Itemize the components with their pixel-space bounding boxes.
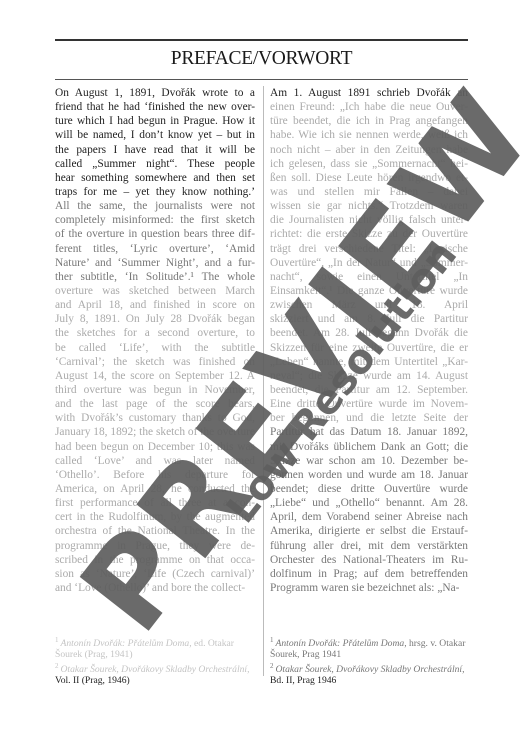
text-line: trägt drei verschiedene Titel: „Lyrische (270, 242, 468, 256)
footnote-number: 2 (55, 662, 59, 670)
text-line: nacht“, sowie einen Untertitel „In (270, 270, 468, 284)
text-line: richtet: die erste Skizze zu der Ouvertü… (270, 227, 468, 241)
text-line: beendet. Am 28. Juli begann Dvořák die (270, 326, 468, 340)
text-line: ‘Carnival’; the sketch was finished on (55, 355, 255, 369)
text-line: neval“; die Skizze wurde am 14. August (270, 369, 468, 383)
footnote-line: Vol. II (Prag, 1946) (55, 675, 255, 686)
text-line: ich gelesen, dass sie „Sommernacht“ hei- (270, 157, 468, 171)
text-line: Skizze war schon am 10. Dezember be- (270, 454, 468, 468)
text-line: beendet; diese dritte Ouvertüre wurde (270, 482, 468, 496)
text-line: friend that he had ‘finished the new ove… (55, 100, 255, 114)
text-line: will be named, I don’t know yet – but in (55, 128, 255, 142)
footnote-text: Bd. II, Prag 1946 (270, 675, 336, 686)
german-column: Am 1. August 1891 schrieb Dvořák aneinen… (270, 86, 468, 595)
text-line: Nature’ and ‘Summer Night’, and a fur- (55, 256, 255, 270)
footnote-line: 1Antonín Dvořák: Přátelům Doma, ed. Otak… (55, 635, 255, 649)
text-line: Eine dritte Ouvertüre wurde im Novem- (270, 397, 468, 411)
text-line: ßen soll. Diese Leute hören irgendwo et- (270, 171, 468, 185)
text-line: All the same, the journalists were not (55, 199, 255, 213)
text-line: called „Summer night“. These people (55, 157, 255, 171)
text-line: führung aller drei, mit dem verstärkten (270, 539, 468, 553)
text-line: Programm waren sie bezeichnet als: „Na- (270, 581, 468, 595)
footnote-title: Otakar Šourek, Dvořákovy Skladby Orchest… (276, 664, 465, 675)
text-line: einen Freund: „Ich habe die neue Ouver- (270, 100, 468, 114)
footnote-title: Antonín Dvořák: Přátelům Doma, (276, 638, 407, 649)
german-footnotes: 1Antonín Dvořák: Přátelům Doma, hrsg. v.… (270, 635, 468, 686)
footnote-line: 1Antonín Dvořák: Přátelům Doma, hrsg. v.… (270, 635, 468, 649)
footnote-title: Antonín Dvořák: Přátelům Doma, (61, 638, 192, 649)
text-line: skizziert und am 8. Juli die Partitur (270, 312, 468, 326)
text-line: beendet, die Partitur am 12. September. (270, 383, 468, 397)
text-line: first performance of all three at a con- (55, 496, 255, 510)
text-line: habe. Wie ich sie nennen werde, weiß ich (270, 128, 468, 142)
text-line: „Leben“ nannte, mit dem Untertitel „Kar- (270, 355, 468, 369)
text-line: traps for me – yet they know nothing.’ (55, 185, 255, 199)
text-line: „Liebe“ und „Othello“ benannt. Am 28. (270, 496, 468, 510)
text-line: ferent titles, ‘Lyric overture’, ‘Amid (55, 242, 255, 256)
footnote-line: Šourek, Prag 1941 (270, 649, 468, 660)
text-line: sion as ‘Nature’, ‘Life (Czech carnival)… (55, 567, 255, 581)
text-line: July 8, 1891. On July 28 Dvořák began (55, 312, 255, 326)
text-line: dolfinum in Prag; auf dem betreffenden (270, 567, 468, 581)
text-line: January 18, 1892; the sketch of the over… (55, 425, 255, 439)
page-title: PREFACE/VORWORT (55, 48, 468, 70)
text-line: Partitur hat das Datum 18. Januar 1892, (270, 425, 468, 439)
text-line: and the last page of the score bears, (55, 397, 255, 411)
text-line: ture which I had begun in Prague. How it (55, 114, 255, 128)
text-line: had been begun on December 10; this was (55, 440, 255, 454)
footnote-title: Otakar Šourek, Dvořákovy Skladby Orchest… (61, 664, 250, 675)
text-line: of the overture in question bears three … (55, 227, 255, 241)
footnote-number: 1 (270, 636, 274, 644)
english-column: On August 1, 1891, Dvořák wrote to afrie… (55, 86, 255, 595)
text-line: mit Dvořáks üblichem Dank an Gott; die (270, 440, 468, 454)
top-rule (55, 39, 468, 41)
footnote-text: hrsg. v. Otakar (407, 638, 466, 649)
footnote-text: ed. Otakar (192, 638, 234, 649)
text-line: programme in Prague, they were de- (55, 539, 255, 553)
text-line: Orchester des National-Theaters im Ru- (270, 553, 468, 567)
text-line: was und stellen mir Fallen – dabei (270, 185, 468, 199)
text-line: ‘Othello’. Before his departure for (55, 468, 255, 482)
text-line: with Dvořák’s customary thanks to God, (55, 411, 255, 425)
english-footnotes: 1Antonín Dvořák: Přátelům Doma, ed. Otak… (55, 635, 255, 686)
text-line: the sketches for a second overture, to (55, 326, 255, 340)
text-line: and April 18, and finished in score on (55, 298, 255, 312)
text-line: third overture was begun in November, (55, 383, 255, 397)
footnote-text: Šourek (Prag, 1941) (55, 649, 133, 660)
text-line: overture was sketched between March (55, 284, 255, 298)
text-line: On August 1, 1891, Dvořák wrote to a (55, 86, 255, 100)
text-line: completely misinformed: the first sketch (55, 213, 255, 227)
footnote-number: 1 (55, 636, 59, 644)
text-line: türe beendet, die ich in Prag angefangen (270, 114, 468, 128)
text-line: April, dem Vorabend seiner Abreise nach (270, 510, 468, 524)
text-line: ber begonnen, und die letzte Seite der (270, 411, 468, 425)
text-line: America, on April 28, he conducted the (55, 482, 255, 496)
preface-page: PREFACE/VORWORT On August 1, 1891, Dvořá… (0, 0, 530, 750)
footnote-line: 2Otakar Šourek, Dvořákovy Skladby Orches… (55, 661, 255, 675)
footnote-line: Šourek (Prag, 1941) (55, 649, 255, 660)
text-line: scribed in the programme on that occa- (55, 553, 255, 567)
text-line: called ‘Love’ and was later named (55, 454, 255, 468)
text-line: August 14, the score on September 12. A (55, 369, 255, 383)
text-line: Ouvertüre“, „In der Natur“ und „Sommer- (270, 256, 468, 270)
text-line: zwischen März und 18. April (270, 298, 468, 312)
text-line: cert in the Rudolfinum, by the augmented (55, 510, 255, 524)
text-line: Einsamkeit“.¹ Die ganze Ouvertüre wurde (270, 284, 468, 298)
text-line: be called ‘Life’, with the subtitle (55, 341, 255, 355)
title-rule (55, 79, 468, 80)
text-line: and ‘Love (Othello)’ and bore the collec… (55, 581, 255, 595)
footnote-line: Bd. II, Prag 1946 (270, 675, 468, 686)
text-line: noch nicht – aber in den Zeitungen habe (270, 143, 468, 157)
text-line: the papers I have read that it will be (55, 143, 255, 157)
footnote-text: Šourek, Prag 1941 (270, 649, 341, 660)
text-line: ther subtitle, ‘In Solitude’.¹ The whole (55, 270, 255, 284)
text-line: Am 1. August 1891 schrieb Dvořák an (270, 86, 468, 100)
text-line: orchestra of the National Theatre. In th… (55, 524, 255, 538)
text-line: gonnen worden und wurde am 18. Januar (270, 468, 468, 482)
footnote-line: 2Otakar Šourek, Dvořákovy Skladby Orches… (270, 661, 468, 675)
text-line: Amerika, dirigierte er selbst die Erstau… (270, 524, 468, 538)
text-line: die Journalisten nicht völlig falsch unt… (270, 213, 468, 227)
text-line: hear something somewhere and then set (55, 171, 255, 185)
column-divider (263, 86, 264, 676)
text-line: wissen sie gar nichts.“ Trotzdem waren (270, 199, 468, 213)
footnote-text: Vol. II (Prag, 1946) (55, 675, 130, 686)
text-line: Skizzen für eine zweite Ouvertüre, die e… (270, 341, 468, 355)
footnote-number: 2 (270, 662, 274, 670)
